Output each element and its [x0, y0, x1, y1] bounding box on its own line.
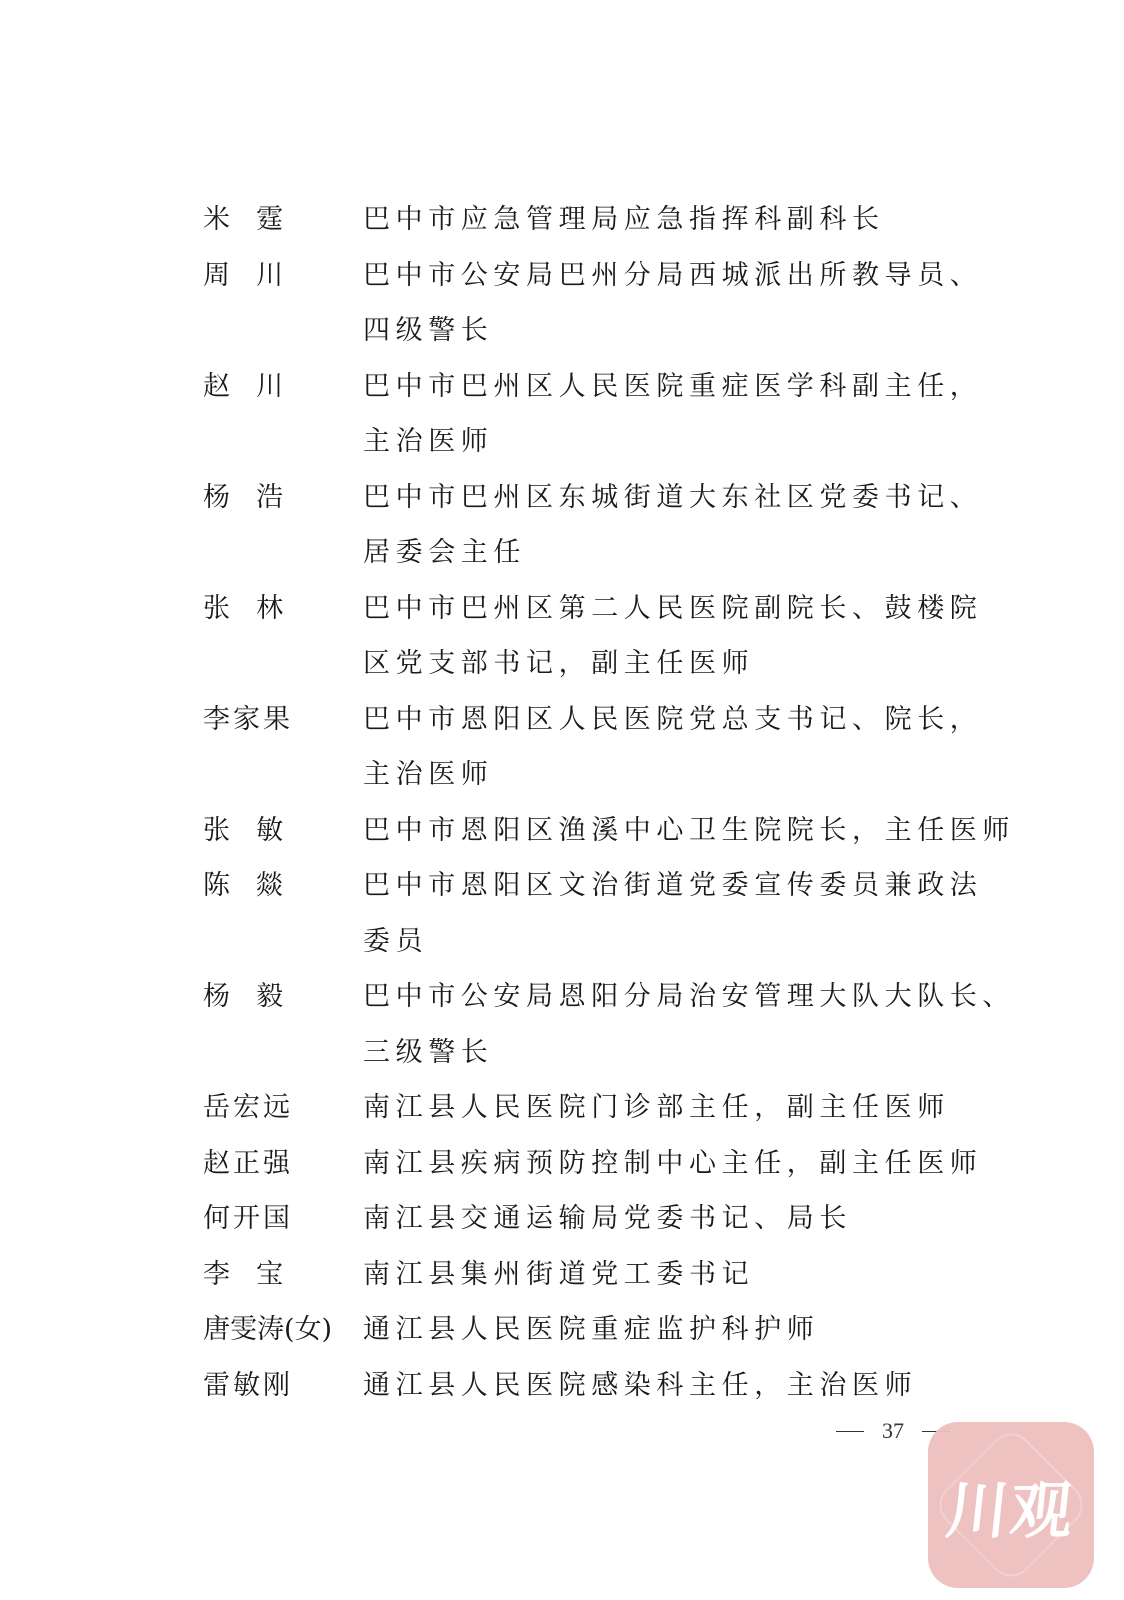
person-name: 李家果 [203, 692, 363, 803]
person-name: 赵 川 [203, 359, 363, 470]
title-line: 巴中市应急管理局应急指挥科副科长 [363, 192, 973, 248]
list-item: 赵 川 巴中市巴州区人民医院重症医学科副主任， 主治医师 [203, 359, 1003, 470]
list-item: 何开国 南江县交通运输局党委书记、局长 [203, 1191, 1003, 1247]
list-item: 陈 燚 巴中市恩阳区文治街道党委宣传委员兼政法 委员 [203, 858, 1003, 969]
person-title: 巴中市恩阳区文治街道党委宣传委员兼政法 委员 [363, 858, 973, 969]
title-line: 三级警长 [363, 1025, 973, 1081]
title-line: 巴中市巴州区人民医院重症医学科副主任， [363, 359, 973, 415]
document-page: 米 霆 巴中市应急管理局应急指挥科副科长 周 川 巴中市公安局巴州分局西城派出所… [0, 0, 1124, 1600]
list-item: 李家果 巴中市恩阳区人民医院党总支书记、院长， 主治医师 [203, 692, 1003, 803]
person-title: 通江县人民医院重症监护科护师 [363, 1302, 973, 1358]
list-item: 唐雯涛(女) 通江县人民医院重症监护科护师 [203, 1302, 1003, 1358]
list-item: 米 霆 巴中市应急管理局应急指挥科副科长 [203, 192, 1003, 248]
person-name: 唐雯涛(女) [203, 1302, 363, 1358]
person-name: 米 霆 [203, 192, 363, 248]
person-name: 杨 毅 [203, 969, 363, 1080]
person-name: 岳宏远 [203, 1080, 363, 1136]
title-line: 主治医师 [363, 414, 973, 470]
title-line: 主治医师 [363, 747, 973, 803]
list-item: 岳宏远 南江县人民医院门诊部主任，副主任医师 [203, 1080, 1003, 1136]
title-line: 巴中市巴州区第二人民医院副院长、鼓楼院 [363, 581, 973, 637]
person-title: 巴中市巴州区东城街道大东社区党委书记、 居委会主任 [363, 470, 973, 581]
person-title: 南江县疾病预防控制中心主任，副主任医师 [363, 1136, 973, 1192]
page-number-value: 37 [882, 1418, 904, 1444]
list-item: 李 宝 南江县集州街道党工委书记 [203, 1247, 1003, 1303]
person-title: 通江县人民医院感染科主任，主治医师 [363, 1358, 973, 1414]
title-line: 南江县交通运输局党委书记、局长 [363, 1191, 973, 1247]
title-line: 南江县人民医院门诊部主任，副主任医师 [363, 1080, 973, 1136]
awardee-list: 米 霆 巴中市应急管理局应急指挥科副科长 周 川 巴中市公安局巴州分局西城派出所… [203, 192, 1003, 1413]
person-name: 杨 浩 [203, 470, 363, 581]
person-name: 张 敏 [203, 803, 363, 859]
title-line: 区党支部书记，副主任医师 [363, 636, 973, 692]
title-line: 巴中市巴州区东城街道大东社区党委书记、 [363, 470, 973, 526]
list-item: 杨 浩 巴中市巴州区东城街道大东社区党委书记、 居委会主任 [203, 470, 1003, 581]
list-item: 杨 毅 巴中市公安局恩阳分局治安管理大队大队长、 三级警长 [203, 969, 1003, 1080]
watermark-text: 川观 [942, 1461, 1079, 1550]
title-line: 巴中市公安局恩阳分局治安管理大队大队长、 [363, 969, 973, 1025]
title-line: 通江县人民医院重症监护科护师 [363, 1302, 973, 1358]
dash-left [836, 1431, 864, 1432]
title-line: 居委会主任 [363, 525, 973, 581]
title-line: 南江县集州街道党工委书记 [363, 1247, 973, 1303]
person-title: 南江县交通运输局党委书记、局长 [363, 1191, 973, 1247]
title-line: 巴中市恩阳区文治街道党委宣传委员兼政法 [363, 858, 973, 914]
person-name: 李 宝 [203, 1247, 363, 1303]
title-line: 委员 [363, 914, 973, 970]
list-item: 张 林 巴中市巴州区第二人民医院副院长、鼓楼院 区党支部书记，副主任医师 [203, 581, 1003, 692]
title-line: 通江县人民医院感染科主任，主治医师 [363, 1358, 973, 1414]
person-title: 巴中市恩阳区渔溪中心卫生院院长，主任医师 [363, 803, 973, 859]
list-item: 赵正强 南江县疾病预防控制中心主任，副主任医师 [203, 1136, 1003, 1192]
title-line: 四级警长 [363, 303, 973, 359]
person-name: 雷敏刚 [203, 1358, 363, 1414]
watermark-logo: 川观 [928, 1422, 1094, 1588]
title-line: 南江县疾病预防控制中心主任，副主任医师 [363, 1136, 973, 1192]
title-line: 巴中市恩阳区渔溪中心卫生院院长，主任医师 [363, 803, 973, 859]
title-line: 巴中市恩阳区人民医院党总支书记、院长， [363, 692, 973, 748]
person-name: 张 林 [203, 581, 363, 692]
list-item: 周 川 巴中市公安局巴州分局西城派出所教导员、 四级警长 [203, 248, 1003, 359]
person-title: 巴中市公安局恩阳分局治安管理大队大队长、 三级警长 [363, 969, 973, 1080]
person-title: 巴中市公安局巴州分局西城派出所教导员、 四级警长 [363, 248, 973, 359]
person-title: 巴中市应急管理局应急指挥科副科长 [363, 192, 973, 248]
title-line: 巴中市公安局巴州分局西城派出所教导员、 [363, 248, 973, 304]
person-name: 周 川 [203, 248, 363, 359]
person-name: 赵正强 [203, 1136, 363, 1192]
person-title: 巴中市恩阳区人民医院党总支书记、院长， 主治医师 [363, 692, 973, 803]
person-title: 巴中市巴州区第二人民医院副院长、鼓楼院 区党支部书记，副主任医师 [363, 581, 973, 692]
person-title: 巴中市巴州区人民医院重症医学科副主任， 主治医师 [363, 359, 973, 470]
person-name: 何开国 [203, 1191, 363, 1247]
person-title: 南江县人民医院门诊部主任，副主任医师 [363, 1080, 973, 1136]
list-item: 雷敏刚 通江县人民医院感染科主任，主治医师 [203, 1358, 1003, 1414]
person-name: 陈 燚 [203, 858, 363, 969]
person-title: 南江县集州街道党工委书记 [363, 1247, 973, 1303]
list-item: 张 敏 巴中市恩阳区渔溪中心卫生院院长，主任医师 [203, 803, 1003, 859]
